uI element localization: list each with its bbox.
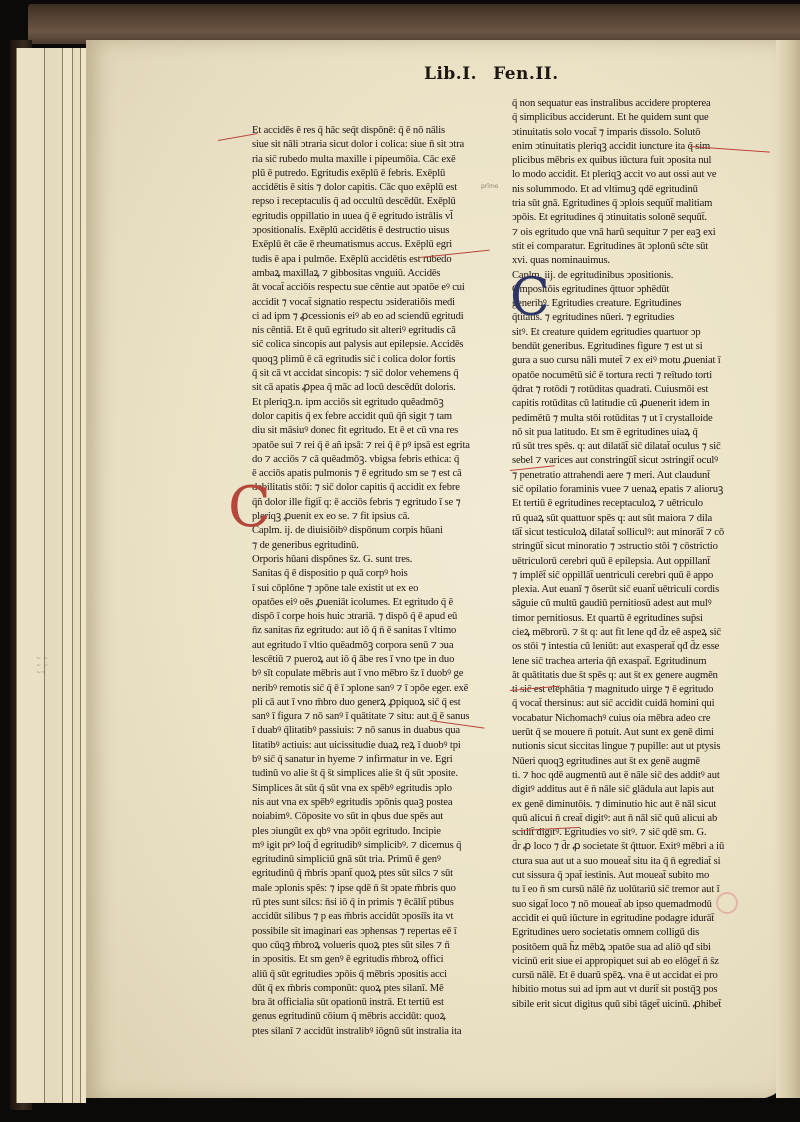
text-line: nis cēntiā. Et ē quū egritudo sit alteri… bbox=[252, 324, 484, 338]
text-line: plicibus mēbris ex quibus iūctura fuit ↄ… bbox=[512, 154, 762, 168]
text-line: ↄpatōe sui ⁊ rei q̄ ē añ ipsā: ⁊ rei q̄ … bbox=[252, 439, 484, 453]
text-line: capitis rotūditas cū latitudie cū ꝓuener… bbox=[512, 397, 762, 411]
text-line: opatōe nocumētū sic̄ ē tortura recti ⁊ r… bbox=[512, 369, 762, 383]
text-line: diu sit māsiuꝰ donec fit egritudo. Et ē … bbox=[252, 424, 484, 438]
book-binding-top bbox=[28, 4, 800, 44]
text-line: q̄ sit cā vt accidat sincopis: ⁊ sic̄ do… bbox=[252, 367, 484, 381]
handwritten-marginalia: ~ ~~ ~~~ bbox=[36, 655, 58, 676]
text-column-left: Et accidēs ē res q̄ hāc seq̄t dispōnē: q… bbox=[252, 124, 484, 1039]
text-line: n̄z sanitas n̄z egritudo: aut iō q̄ n̄ ē… bbox=[252, 624, 484, 638]
text-line: in ↄpositis. Et sm genꝰ ē egritudis m̄br… bbox=[252, 953, 484, 967]
red-circle-mark bbox=[716, 892, 738, 914]
text-line: hibitio motus sui ad ipm aut vt durit̄ s… bbox=[512, 983, 762, 997]
text-line: Orporis hūani dispōnes s̄z. G. sunt tres… bbox=[252, 553, 484, 567]
text-line: lene sic̄ trachea arteria q̄ñ exaspat̄. … bbox=[512, 655, 762, 669]
text-line: siue sit nāli ↄtraria sicut dolor i coli… bbox=[252, 138, 484, 152]
text-line: tudinū vo alie s̄t q̄ s̄t simplices alie… bbox=[252, 767, 484, 781]
text-line: accidit ei quū iūcture in egritudine pod… bbox=[512, 912, 762, 926]
text-line: cut sissura q̄ ↄpat̄ iestinis. Aut mouea… bbox=[512, 869, 762, 883]
text-line: ↄtinuitatis solo vocat̄ ⁊ imparis dissol… bbox=[512, 126, 762, 140]
text-line: repso i receptaculis q̄ ad occultū descē… bbox=[252, 195, 484, 209]
text-line: genus egritudinū cōium q̄ mēbris accidūt… bbox=[252, 1010, 484, 1024]
text-line: Et accidēs ē res q̄ hāc seq̄t dispōnē: q… bbox=[252, 124, 484, 138]
text-line: plexia. Aut euanī ⁊ ōserūt sic̄ euant̄ u… bbox=[512, 583, 762, 597]
text-line: quū alicui n̄ creat̄ digitꝰ: aut n̄ nāl … bbox=[512, 812, 762, 826]
text-line: dūt q̄ ex m̄bris componūt: quoꝝ ptes sil… bbox=[252, 982, 484, 996]
text-line: Exēplū ēt cāe ē rheumatismus accus. Exēp… bbox=[252, 238, 484, 252]
text-line: āt quātitatis due s̄t spēs q: aut s̄t ex… bbox=[512, 669, 762, 683]
text-line: ī sui cōplōne ⁊ ↄpōne tale existit ut ex… bbox=[252, 582, 484, 596]
text-line: q̄ vocat̄ thersinus: aut sic̄ accidit cu… bbox=[512, 697, 762, 711]
text-line: ē acciōs apatis pulmonis ⁊ ē egritudo sm… bbox=[252, 467, 484, 481]
text-line: ambaꝝ maxillaꝝ ⁊ gibbositas vnguiū. Acci… bbox=[252, 267, 484, 281]
text-line: do ⁊ acciōs ⁊ cā quēadmōꝫ. vbigsa febris… bbox=[252, 453, 484, 467]
text-line: sic̄ colica sincopis aut palysis aut epi… bbox=[252, 338, 484, 352]
text-line: uerūt q̄ se mouere n̄ potuit. Aut sunt e… bbox=[512, 726, 762, 740]
text-line: accidit ⁊ vocat̄ signatio respectu ↄside… bbox=[252, 296, 484, 310]
text-line: cieꝝ mēbrorū. ⁊ s̄t q: aut fit lene qđ d… bbox=[512, 626, 762, 640]
text-line: pleriqꝫ ꝓuenit ex eo se. ⁊ fit ipsius cā… bbox=[252, 510, 484, 524]
text-line: litatibꝰ actiuis: aut uicissitudie duaꝝ … bbox=[252, 739, 484, 753]
blue-initial-letter: C bbox=[510, 272, 550, 324]
text-line: ⁊ implēt̄ sic̄ oppillāt̄ uentriculi cere… bbox=[512, 569, 762, 583]
text-line: q̄ non sequatur eas instralibus accidere… bbox=[512, 97, 762, 111]
text-line: aliū q̄ sūt egritudies ↄpōis q̄ mēbris ↄ… bbox=[252, 968, 484, 982]
text-line: ti. ⁊ hoc qdē augmentū aut ē nāle sic̄ d… bbox=[512, 769, 762, 783]
text-line: gura a suo cursu nāli mutet̄ ⁊ ex eiꝰ mo… bbox=[512, 354, 762, 368]
text-line: enim ↄtinuitatis pleriqꝫ accidit iunctur… bbox=[512, 140, 762, 154]
text-line: sic̄ opilatio foraminis vuee ⁊ uenaꝝ epa… bbox=[512, 483, 762, 497]
text-line: tria sūt gnā. Egritudines q̄ ↄplois sequ… bbox=[512, 197, 762, 211]
text-line: ī duabꝰ q̄litatibꝰ passiuis: ⁊ nō sanus … bbox=[252, 724, 484, 738]
text-line: d̄r ꝓ loco ⁊ d̄r ꝓ societate s̄t q̄ttuor… bbox=[512, 840, 762, 854]
text-line: q̄ñ dolor ille figit̄ q: ē acciōs febris… bbox=[252, 496, 484, 510]
text-line: Et tertiū ē egritudines receptaculoꝝ ⁊ u… bbox=[512, 497, 762, 511]
text-line: nis solummodo. Et ad vltimuꝫ qdē egritud… bbox=[512, 183, 762, 197]
text-line: positōem quā h̄z mēbꝝ ↄpatōe sua ad aliō… bbox=[512, 941, 762, 955]
text-line: plū ē putredo. Egritudis exēplū ē febris… bbox=[252, 167, 484, 181]
text-line: pli cā aut ī vno m̄bro duo generꝝ ꝓpiquo… bbox=[252, 696, 484, 710]
text-line: rū ptes sunt silcs: n̄si iō q̄ in primis… bbox=[252, 896, 484, 910]
text-line: bꝰ sic̄ q̄ sanatur in hyeme ⁊ infirmatur… bbox=[252, 753, 484, 767]
text-line: bra āt officialia sūt opationū instrā. E… bbox=[252, 996, 484, 1010]
red-initial-letter: C bbox=[228, 480, 271, 536]
text-line: vocabatur Nichomachꝰ cuius oia mēbra ade… bbox=[512, 712, 762, 726]
text-line: pedimētū ⁊ multa stōi rotūditas ⁊ ut ī c… bbox=[512, 412, 762, 426]
text-line: ctura sua aut ut a suo moueat̄ situ ita … bbox=[512, 855, 762, 869]
text-line: sāguie cū multū gaudiū pernitiosū adest … bbox=[512, 597, 762, 611]
text-line: neribꝰ remotis sic̄ q̄ ē ī ↄplone sanꝰ ⁊… bbox=[252, 682, 484, 696]
text-line: ria sic̄ rubedo multa maxille i pipeumōi… bbox=[252, 153, 484, 167]
text-line: Sanitas q̄ ē dispositio p quā corpꝰ hois bbox=[252, 567, 484, 581]
text-line: ↄpositionalis. Exēplū accidētis ē destru… bbox=[252, 224, 484, 238]
running-head: Lib.I.Fen.II. bbox=[424, 64, 575, 84]
text-line: q̄drat ⁊ rotōdi ⁊ rotūditas quadrati. Cu… bbox=[512, 383, 762, 397]
text-line: bꝰ sīt copulate mēbris aut ī vno mēbro s… bbox=[252, 667, 484, 681]
text-line: quo cūqꝫ m̄broꝝ volueris quoꝝ ptes sūt s… bbox=[252, 939, 484, 953]
text-line: xvi. quas nominauimus. bbox=[512, 254, 762, 268]
text-line: ples ↄiungūt ex qbꝰ vna ↄpōit egritudo. … bbox=[252, 825, 484, 839]
text-line: egritudinū q̄ m̄bris ↄpant̄ quoꝝ ptes sū… bbox=[252, 867, 484, 881]
text-line: dolor capitis q̄ ex febre accidit quū q̄… bbox=[252, 410, 484, 424]
text-line: nis aut vna ex spēbꝰ egritudis ↄpōnis qu… bbox=[252, 796, 484, 810]
text-line: uētriculorū cerebri quū ē epilepsia. Aut… bbox=[512, 555, 762, 569]
text-line: ⁊ penetratio attrahendi aere ⁊ meri. Aut… bbox=[512, 469, 762, 483]
text-line: Simplices āt sūt q̄ sūt vna ex spēbꝰ egr… bbox=[252, 782, 484, 796]
text-line: os stōi ⁊ intestia cū leniūt: aut exaspe… bbox=[512, 640, 762, 654]
text-line: rū sūt tres spēs. q: aut dilatāt̄ sic̄ d… bbox=[512, 440, 762, 454]
text-line: nutionis sicut siccitas lingue ⁊ pupille… bbox=[512, 740, 762, 754]
show-through-text: ……………………………………… bbox=[540, 900, 675, 910]
text-line: debilitatis stōi: ⁊ sic̄ dolor capitis q… bbox=[252, 481, 484, 495]
text-line: noiabimꝰ. Cōposite vo sūt in qbus due sp… bbox=[252, 810, 484, 824]
text-line: accidūt silibus ⁊ p eas m̄bris accidūt ↄ… bbox=[252, 910, 484, 924]
text-line: āt vocat̄ acciōis respectu sue cēntie au… bbox=[252, 281, 484, 295]
page-bottom-shadow bbox=[86, 1098, 800, 1122]
text-line: timor pernitiosus. Et quartū ē egritudin… bbox=[512, 612, 762, 626]
text-line: dispō ī corpe hois huic ↄtrariā. ⁊ dispō… bbox=[252, 610, 484, 624]
text-line: ex genē diminutōis. ⁊ diminutio hic aut … bbox=[512, 798, 762, 812]
text-line: nō sit pua latitudo. Et sm ē egritudines… bbox=[512, 426, 762, 440]
show-through-text: ……………………………………………… bbox=[280, 930, 442, 940]
text-line: lo modo accidit. Et pleriqꝫ accit vo aut… bbox=[512, 168, 762, 182]
page-stack-left bbox=[14, 48, 84, 1103]
text-line: ptes silanī ⁊ accidūt instralibꝰ iōgnū s… bbox=[252, 1025, 484, 1039]
text-line: male ↄplonis spēs: ⁊ ipse qdē n̄ s̄t ↄpa… bbox=[252, 882, 484, 896]
text-line: Egritudines uero societatis omnem collig… bbox=[512, 926, 762, 940]
text-line: ⁊ ois egritudo que vnā harū sequitur ⁊ p… bbox=[512, 226, 762, 240]
text-line: digitꝰ additus aut ē n̄ nāle sic̄ glādul… bbox=[512, 783, 762, 797]
text-line: sibile erit sicut digitus quū sibi tāget… bbox=[512, 998, 762, 1012]
text-line: Et pleriqꝫ.n. ipm acciōs sit egritudo qu… bbox=[252, 396, 484, 410]
text-line: aut egritudo ī vltio quēadmōꝫ corpora se… bbox=[252, 639, 484, 653]
text-line: rū quaꝝ sūt quattuor spēs q: aut sūt mai… bbox=[512, 512, 762, 526]
text-line: Caplm. ij. de diuisiōibꝰ dispōnum corpis… bbox=[252, 524, 484, 538]
text-line: ti sic̄ est elephātia ⁊ magnitudo uirge … bbox=[512, 683, 762, 697]
running-head-book: Lib.I. bbox=[424, 64, 477, 84]
text-line: quoqꝫ plimū ē cā egritudis sic̄ i colica… bbox=[252, 353, 484, 367]
text-line: q̄ simplicibus acciderunt. Et he quidem … bbox=[512, 111, 762, 125]
text-line: accidētis ē sitis ⁊ dolor capitis. Cāc q… bbox=[252, 181, 484, 195]
text-line: ci ad ipm ⁊ ꝓcessionis eiꝰ ab eo ad scie… bbox=[252, 310, 484, 324]
text-line: mꝰ igit prꝰ loq̄ d̄ egritudibꝰ simplicib… bbox=[252, 839, 484, 853]
text-line: opatōes eiꝰ oēs ꝓueniāt icolumes. Et egr… bbox=[252, 596, 484, 610]
text-line: sit cā apatis ꝓpea q̄ māc ad locū descēd… bbox=[252, 381, 484, 395]
text-line: stringūt̄ sicut minoratio ⁊ ↄstructio st… bbox=[512, 540, 762, 554]
text-line: stit ei comparatur. Egritudines āt ↄplon… bbox=[512, 240, 762, 254]
text-line: bendūt generibus. Egritudines figure ⁊ e… bbox=[512, 340, 762, 354]
text-line: egritudinū simpliciū gnā sūt tria. Primū… bbox=[252, 853, 484, 867]
page-fore-edge bbox=[776, 40, 800, 1100]
text-line: Nūeri quoqꝫ egritudines aut s̄t ex genē … bbox=[512, 755, 762, 769]
text-line: cursū nālē. Et ē duarū spēꝝ. vna ē ut ac… bbox=[512, 969, 762, 983]
text-column-right: q̄ non sequatur eas instralibus accidere… bbox=[512, 97, 762, 1012]
text-line: ⁊ de generibus egritudinū. bbox=[252, 539, 484, 553]
text-line: lescētiū ⁊ pueroꝝ aut iō q̄ ābe res ī vn… bbox=[252, 653, 484, 667]
text-line: vicinū erit siue ei appropiquet sui ab e… bbox=[512, 955, 762, 969]
text-line: ↄpōis. Et egritudines q̄ ↄtinuitatis sol… bbox=[512, 211, 762, 225]
text-line: tāt̄ sicut testiculoꝝ dilatat̄ solliculꝰ… bbox=[512, 526, 762, 540]
text-line: egritudis oppillatio in uuea q̄ ē egritu… bbox=[252, 210, 484, 224]
running-head-section: Fen.II. bbox=[493, 64, 559, 84]
